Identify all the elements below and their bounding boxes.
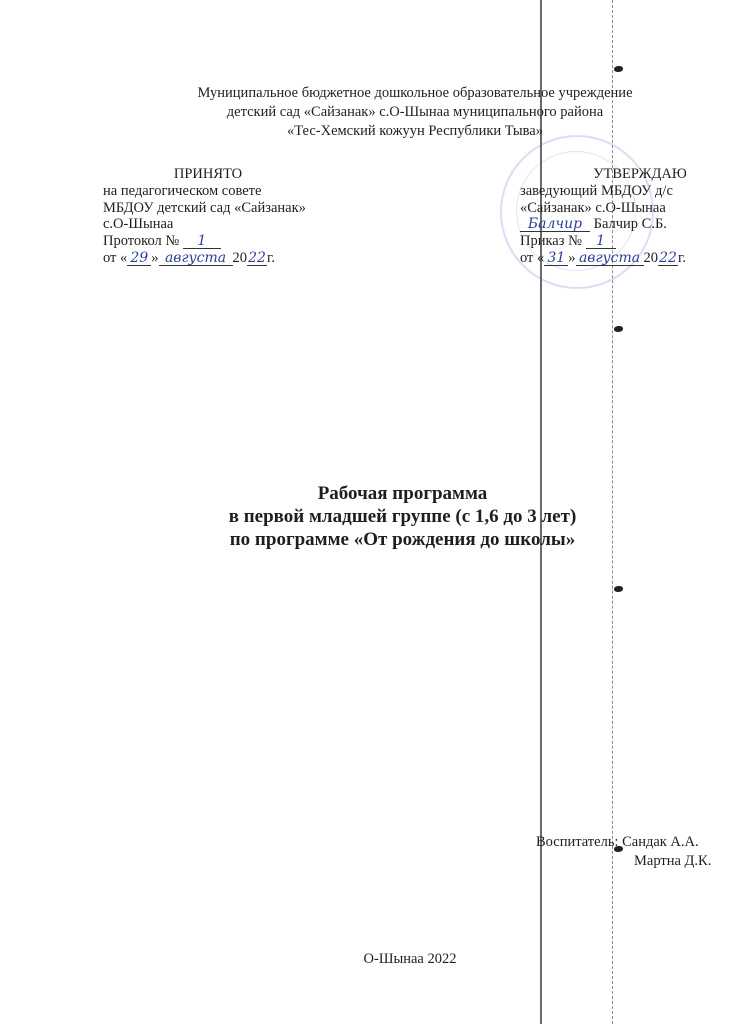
header-line: Муниципальное бюджетное дошкольное образ… [0, 84, 745, 103]
title-line: по программе «От рождения до школы» [0, 528, 745, 551]
scan-mark [614, 66, 623, 72]
date-prefix: от « [520, 250, 544, 266]
signer-name: Балчир С.Б. [594, 216, 667, 232]
date-month: августа [576, 251, 644, 266]
document-title: Рабочая программа в первой младшей групп… [0, 482, 745, 551]
accepted-block: ПРИНЯТО на педагогическом совете МБДОУ д… [103, 166, 313, 267]
scan-mark [614, 586, 623, 592]
approved-block: УТВЕРЖДАЮ заведующий МБДОУ д/с «Сайзанак… [520, 166, 740, 267]
approved-date: от «31»августа2022г. [520, 250, 740, 267]
protocol-label: Протокол № [103, 233, 179, 249]
accepted-line: на педагогическом совете [103, 183, 313, 200]
year-unit: г. [678, 250, 686, 266]
date-prefix: от « [103, 250, 127, 266]
date-month: августа [159, 251, 233, 266]
date-day: 29 [127, 251, 151, 266]
accepted-line: МБДОУ детский сад «Сайзанак» [103, 200, 313, 217]
date-sep: » [568, 250, 575, 266]
accepted-line: с.О-Шынаа [103, 216, 313, 233]
signature-line: Балчир Балчир С.Б. [520, 216, 740, 233]
header-line: «Тес-Хемский кожуун Республики Тыва» [0, 122, 745, 141]
protocol-number: 1 [183, 234, 221, 249]
title-line: в первой младшей группе (с 1,6 до 3 лет) [0, 505, 745, 528]
approved-line: заведующий МБДОУ д/с [520, 183, 740, 200]
educator-line: Мартна Д.К. [536, 852, 711, 871]
date-sep: » [151, 250, 158, 266]
order-number: 1 [586, 234, 616, 249]
scan-mark [614, 326, 623, 332]
year-suffix: 22 [247, 251, 267, 266]
approved-title: УТВЕРЖДАЮ [520, 166, 740, 183]
accepted-date: от «29»августа2022г. [103, 250, 313, 267]
signature: Балчир [520, 217, 590, 232]
protocol-line: Протокол № 1 [103, 233, 313, 250]
accepted-title: ПРИНЯТО [103, 166, 313, 183]
approved-line: «Сайзанак» с.О-Шынаа [520, 200, 740, 217]
institution-header: Муниципальное бюджетное дошкольное образ… [0, 84, 745, 141]
educator-line: Воспитатель: Сандак А.А. [536, 833, 711, 852]
year-suffix: 22 [658, 251, 678, 266]
year-unit: г. [267, 250, 275, 266]
year-prefix: 20 [644, 250, 659, 266]
title-line: Рабочая программа [0, 482, 745, 505]
order-label: Приказ № [520, 233, 582, 249]
footer-place-year: О-Шынаа 2022 [0, 951, 745, 968]
header-line: детский сад «Сайзанак» с.О-Шынаа муницип… [0, 103, 745, 122]
educators-block: Воспитатель: Сандак А.А. Мартна Д.К. [536, 833, 711, 871]
date-day: 31 [544, 251, 568, 266]
order-line: Приказ № 1 [520, 233, 740, 250]
year-prefix: 20 [233, 250, 248, 266]
